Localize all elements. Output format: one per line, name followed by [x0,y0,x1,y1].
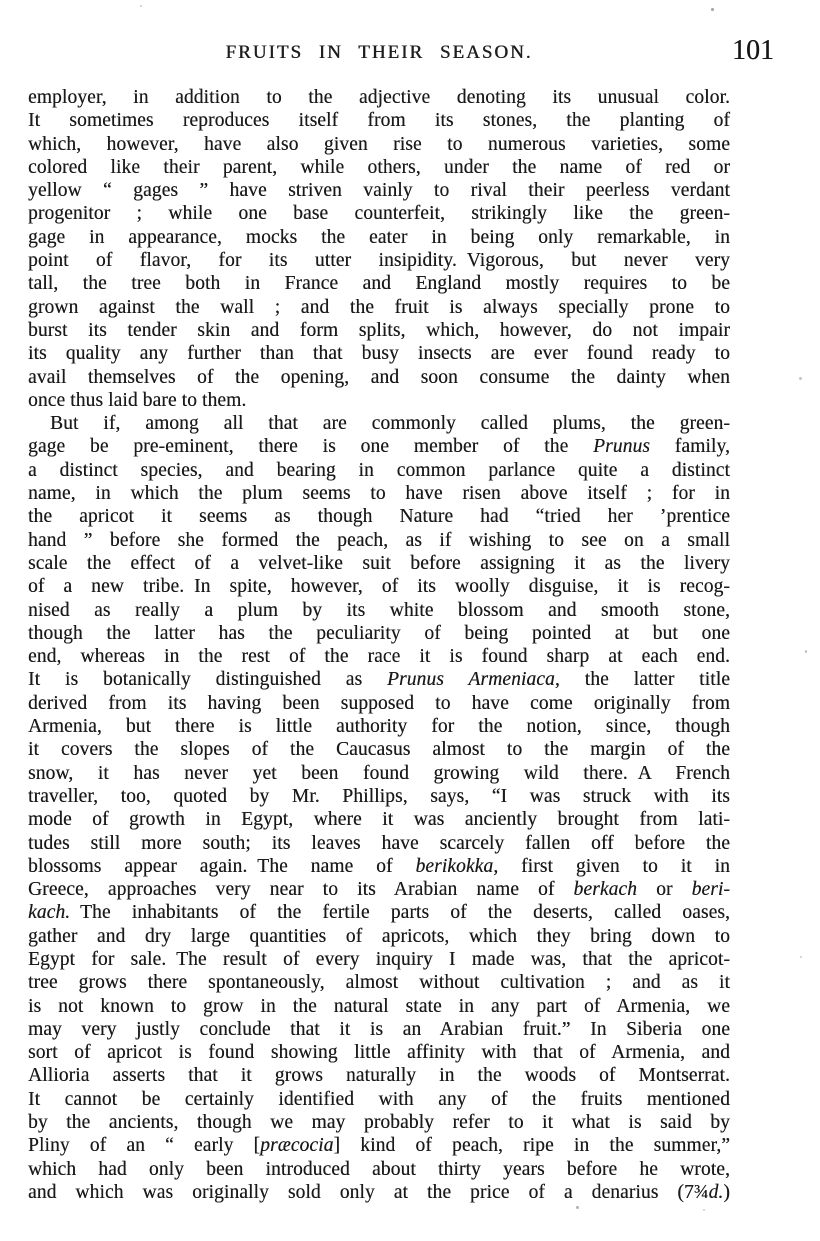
text-line: sort of apricot is found showing little … [28,1041,730,1064]
text-line: Armenia, but there is little authority f… [28,715,730,738]
scan-speck [703,1209,705,1211]
scan-speck [140,5,142,7]
text-line: nised as really a plum by its white blos… [28,599,730,622]
text-line: gage in appearance, mocks the eater in b… [28,226,730,249]
running-title: FRUITS IN THEIR SEASON. [28,42,730,64]
scan-speck [805,650,807,653]
text-line: It is botanically distinguished as Prunu… [28,668,730,691]
text-line: gather and dry large quantities of apric… [28,925,730,948]
page-header: FRUITS IN THEIR SEASON. 101 [28,42,730,70]
text-line: hand ” before she formed the peach, as i… [28,529,730,552]
scan-speck [576,1206,579,1209]
text-line: tall, the tree both in France and Englan… [28,272,730,295]
text-line: and which was originally sold only at th… [28,1181,730,1204]
text-line: mode of growth in Egypt, where it was an… [28,808,730,831]
text-line: blossoms appear again. The name of berik… [28,855,730,878]
text-line: colored like their parent, while others,… [28,156,730,179]
text-line: name, in which the plum seems to have ri… [28,482,730,505]
text-line: is not known to grow in the natural stat… [28,995,730,1018]
text-line: yellow “ gages ” have striven vainly to … [28,179,730,202]
text-line: kach. The inhabitants of the fertile par… [28,901,730,924]
text-line: point of flavor, for its utter insipidit… [28,249,730,272]
text-line: tree grows there spontaneously, almost w… [28,971,730,994]
text-line: scale the effect of a velvet-like suit b… [28,552,730,575]
page-body: employer, in addition to the adjective d… [28,86,730,1204]
text-line: It cannot be certainly identified with a… [28,1088,730,1111]
text-line: Egypt for sale. The result of every inqu… [28,948,730,971]
text-line: derived from its having been supposed to… [28,692,730,715]
text-line: gage be pre-eminent, there is one member… [28,435,730,458]
text-line: once thus laid bare to them. [28,389,730,412]
text-line: may very justly conclude that it is an A… [28,1018,730,1041]
page-number: 101 [732,35,774,67]
text-line: of a new tribe. In spite, however, of it… [28,575,730,598]
text-line: It sometimes reproduces itself from its … [28,109,730,132]
text-line: grown against the wall ; and the fruit i… [28,296,730,319]
text-line: tudes still more south; its leaves have … [28,832,730,855]
paragraph: But if, among all that are commonly call… [28,412,730,1204]
text-line: which had only been introduced about thi… [28,1158,730,1181]
text-line: progenitor ; while one base counterfeit,… [28,202,730,225]
text-line: But if, among all that are commonly call… [28,412,730,435]
text-line: Allioria asserts that it grows naturally… [28,1064,730,1087]
text-line: Pliny of an “ early [præcocia] kind of p… [28,1134,730,1157]
text-line: employer, in addition to the adjective d… [28,86,730,109]
text-line: Greece, approaches very near to its Arab… [28,878,730,901]
paragraph: employer, in addition to the adjective d… [28,86,730,412]
scan-speck [711,8,714,11]
text-line: its quality any further than that busy i… [28,342,730,365]
book-page: FRUITS IN THEIR SEASON. 101 employer, in… [0,0,820,1241]
text-line: which, however, have also given rise to … [28,133,730,156]
text-line: snow, it has never yet been found growin… [28,762,730,785]
text-line: traveller, too, quoted by Mr. Phillips, … [28,785,730,808]
text-line: though the latter has the peculiarity of… [28,622,730,645]
text-line: avail themselves of the opening, and soo… [28,366,730,389]
text-line: by the ancients, though we may probably … [28,1111,730,1134]
text-line: the apricot it seems as though Nature ha… [28,505,730,528]
text-line: it covers the slopes of the Caucasus alm… [28,738,730,761]
text-line: a distinct species, and bearing in commo… [28,459,730,482]
text-line: burst its tender skin and form splits, w… [28,319,730,342]
text-line: end, whereas in the rest of the race it … [28,645,730,668]
scan-speck [799,377,802,380]
scan-speck [800,956,802,958]
